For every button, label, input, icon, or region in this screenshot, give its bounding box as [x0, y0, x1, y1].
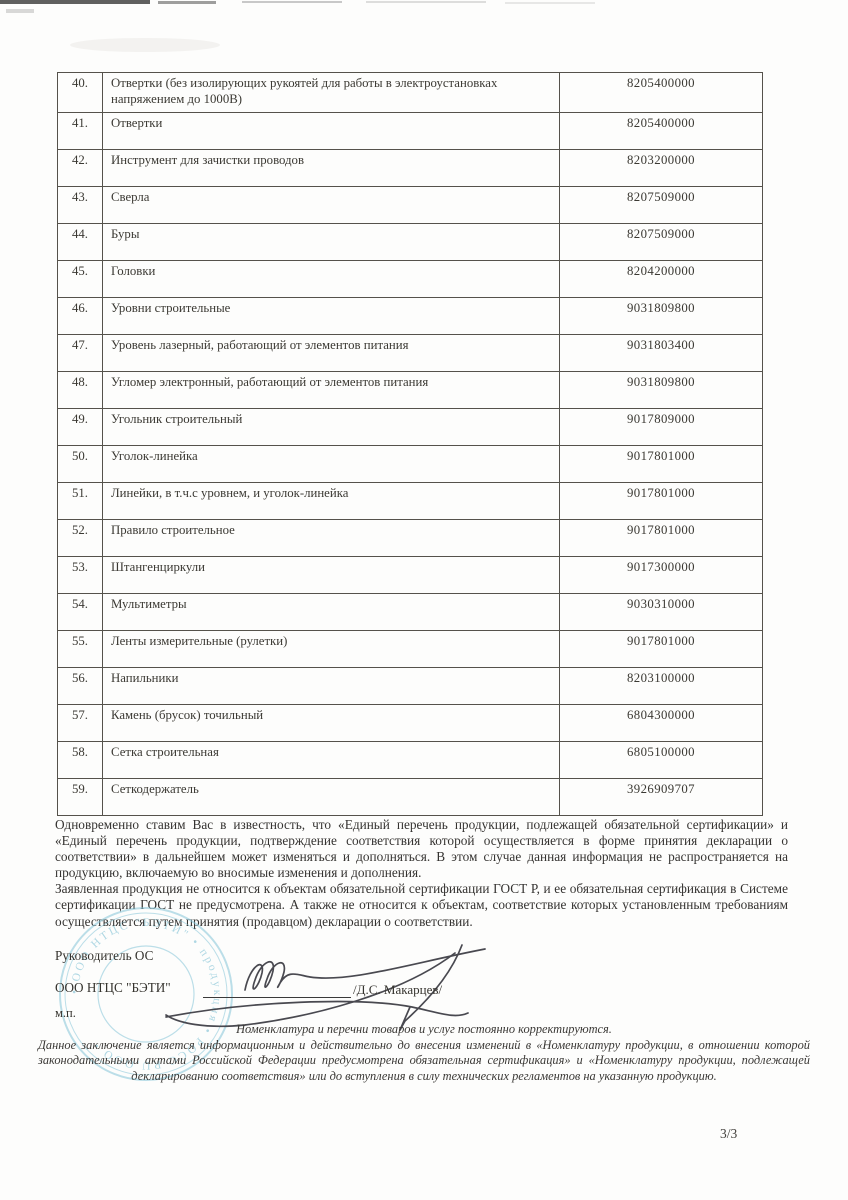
cell-product-code: 8205400000	[560, 73, 763, 113]
cell-product-description: Правило строительное	[103, 520, 560, 557]
cell-product-code: 9031803400	[560, 335, 763, 372]
table-row: 57.Камень (брусок) точильный6804300000	[58, 705, 763, 742]
cell-product-code: 9017300000	[560, 557, 763, 594]
organization-name: ООО НТЦС "БЭТИ"	[55, 980, 171, 996]
cell-product-code: 9017809000	[560, 409, 763, 446]
scan-artifact	[6, 9, 34, 13]
cell-product-description: Уровень лазерный, работающий от элементо…	[103, 335, 560, 372]
cell-row-number: 41.	[58, 113, 103, 150]
scan-artifact	[505, 2, 595, 4]
cell-row-number: 52.	[58, 520, 103, 557]
cell-product-code: 9031809800	[560, 298, 763, 335]
table-row: 48.Угломер электронный, работающий от эл…	[58, 372, 763, 409]
cell-row-number: 46.	[58, 298, 103, 335]
cell-product-description: Угломер электронный, работающий от элеме…	[103, 372, 560, 409]
table-row: 51.Линейки, в т.ч.с уровнем, и уголок-ли…	[58, 483, 763, 520]
cell-row-number: 57.	[58, 705, 103, 742]
signer-name: /Д.С. Макарцев/	[353, 982, 442, 998]
cell-row-number: 59.	[58, 779, 103, 816]
cell-product-description: Угольник строительный	[103, 409, 560, 446]
paragraph-lists-change-note: Одновременно ставим Вас в известность, ч…	[55, 817, 788, 881]
cell-product-description: Уровни строительные	[103, 298, 560, 335]
signer-role-label: Руководитель ОС	[55, 948, 153, 964]
table-row: 50.Уголок-линейка9017801000	[58, 446, 763, 483]
cell-product-code: 9017801000	[560, 446, 763, 483]
table-row: 43.Сверла8207509000	[58, 187, 763, 224]
cell-product-description: Буры	[103, 224, 560, 261]
cell-row-number: 51.	[58, 483, 103, 520]
cell-product-description: Напильники	[103, 668, 560, 705]
product-codes-table: 40.Отвертки (без изолирующих рукоятей дл…	[57, 72, 763, 816]
cell-product-description: Уголок-линейка	[103, 446, 560, 483]
cell-row-number: 58.	[58, 742, 103, 779]
cell-product-code: 9031809800	[560, 372, 763, 409]
footnote-line1: Номенклатура и перечни товаров и услуг п…	[38, 1022, 810, 1037]
cell-row-number: 44.	[58, 224, 103, 261]
seal-place-label: м.п.	[55, 1006, 76, 1021]
cell-product-code: 9017801000	[560, 483, 763, 520]
cell-product-description: Линейки, в т.ч.с уровнем, и уголок-линей…	[103, 483, 560, 520]
cell-product-description: Штангенциркули	[103, 557, 560, 594]
cell-row-number: 47.	[58, 335, 103, 372]
table-row: 40.Отвертки (без изолирующих рукоятей дл…	[58, 73, 763, 113]
table-row: 41.Отвертки8205400000	[58, 113, 763, 150]
table-row: 55.Ленты измерительные (рулетки)90178010…	[58, 631, 763, 668]
cell-row-number: 45.	[58, 261, 103, 298]
cell-row-number: 54.	[58, 594, 103, 631]
cell-product-description: Камень (брусок) точильный	[103, 705, 560, 742]
cell-product-code: 6804300000	[560, 705, 763, 742]
cell-row-number: 43.	[58, 187, 103, 224]
scan-smudge	[70, 38, 220, 52]
cell-row-number: 53.	[58, 557, 103, 594]
cell-product-description: Сеткодержатель	[103, 779, 560, 816]
table-row: 54.Мультиметры9030310000	[58, 594, 763, 631]
cell-row-number: 40.	[58, 73, 103, 113]
scan-artifact	[158, 1, 216, 4]
cell-row-number: 55.	[58, 631, 103, 668]
table-row: 44.Буры8207509000	[58, 224, 763, 261]
table-row: 47.Уровень лазерный, работающий от элеме…	[58, 335, 763, 372]
table-row: 52.Правило строительное9017801000	[58, 520, 763, 557]
scanned-document-page: 40.Отвертки (без изолирующих рукоятей дл…	[0, 0, 848, 1200]
cell-product-code: 8204200000	[560, 261, 763, 298]
cell-product-description: Сетка строительная	[103, 742, 560, 779]
cell-row-number: 49.	[58, 409, 103, 446]
table-row: 42.Инструмент для зачистки проводов82032…	[58, 150, 763, 187]
cell-product-code: 8203100000	[560, 668, 763, 705]
footnote-body: Данное заключение является информационны…	[38, 1038, 810, 1084]
cell-product-code: 3926909707	[560, 779, 763, 816]
scan-artifact	[0, 0, 150, 4]
cell-row-number: 50.	[58, 446, 103, 483]
table-row: 59.Сеткодержатель3926909707	[58, 779, 763, 816]
cell-product-code: 8207509000	[560, 187, 763, 224]
cell-product-code: 6805100000	[560, 742, 763, 779]
cell-product-code: 8203200000	[560, 150, 763, 187]
cell-product-code: 9030310000	[560, 594, 763, 631]
table-row: 49.Угольник строительный9017809000	[58, 409, 763, 446]
cell-product-description: Отвертки (без изолирующих рукоятей для р…	[103, 73, 560, 113]
cell-row-number: 48.	[58, 372, 103, 409]
table-row: 58.Сетка строительная6805100000	[58, 742, 763, 779]
cell-product-description: Ленты измерительные (рулетки)	[103, 631, 560, 668]
cell-product-description: Головки	[103, 261, 560, 298]
cell-product-code: 8205400000	[560, 113, 763, 150]
cell-product-description: Сверла	[103, 187, 560, 224]
footnote: Номенклатура и перечни товаров и услуг п…	[38, 1022, 810, 1084]
cell-row-number: 42.	[58, 150, 103, 187]
table-row: 45.Головки8204200000	[58, 261, 763, 298]
cell-product-description: Отвертки	[103, 113, 560, 150]
cell-product-code: 9017801000	[560, 520, 763, 557]
scan-artifact	[366, 1, 486, 3]
cell-row-number: 56.	[58, 668, 103, 705]
signature-line	[203, 997, 351, 998]
table-body: 40.Отвертки (без изолирующих рукоятей дл…	[58, 73, 763, 816]
cell-product-code: 8207509000	[560, 224, 763, 261]
cell-product-description: Инструмент для зачистки проводов	[103, 150, 560, 187]
cell-product-code: 9017801000	[560, 631, 763, 668]
scan-artifact	[242, 1, 342, 3]
table-row: 46.Уровни строительные9031809800	[58, 298, 763, 335]
page-number: 3/3	[720, 1126, 737, 1142]
table-row: 53.Штангенциркули9017300000	[58, 557, 763, 594]
cell-product-description: Мультиметры	[103, 594, 560, 631]
table-row: 56.Напильники8203100000	[58, 668, 763, 705]
